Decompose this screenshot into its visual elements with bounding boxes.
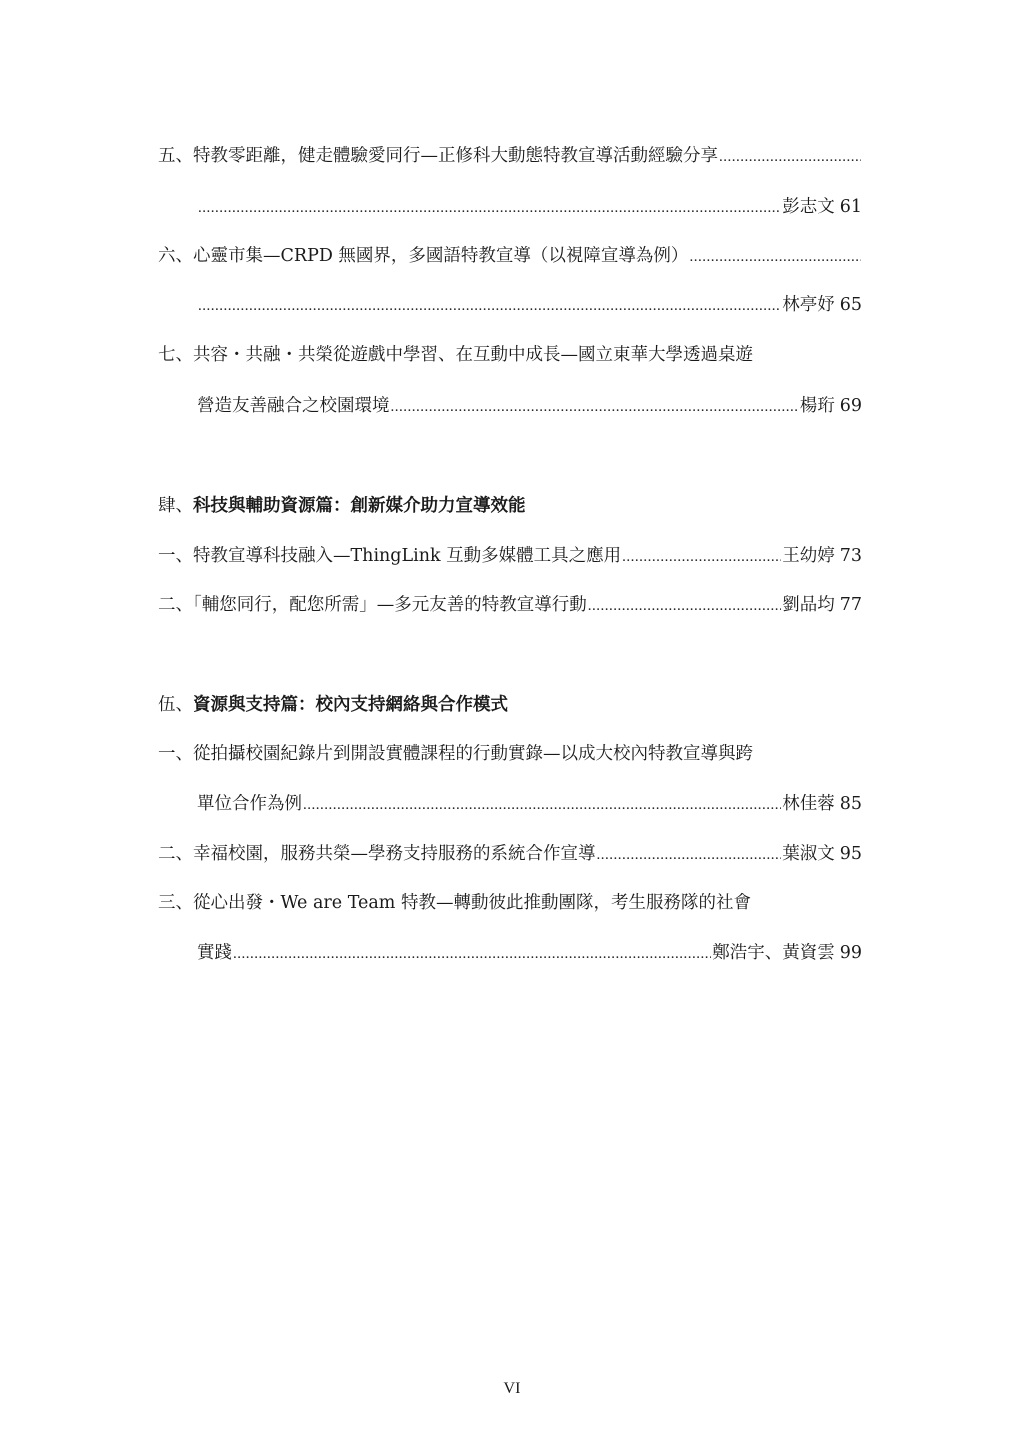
toc-entry-page: 95	[840, 841, 862, 867]
toc-entry-line: 營造友善融合之校園環境 楊珩 69	[197, 393, 862, 419]
dot-leader	[719, 144, 861, 170]
toc-entry-title: 六、心靈市集—CRPD 無國界，多國語特教宣導（以視障宣導為例）	[158, 243, 688, 269]
dot-leader	[588, 593, 781, 619]
toc-entry-title: 一、特教宣導科技融入—ThingLink 互動多媒體工具之應用	[158, 543, 621, 569]
section-title: 科技與輔助資源篇：創新媒介助力宣導效能	[193, 493, 526, 519]
toc-entry-title: 三、從心出發・We are Team 特教—轉動彼此推動團隊，考生服務隊的社會	[158, 890, 751, 916]
dot-leader	[689, 244, 861, 270]
toc-entry-page: 85	[840, 791, 862, 817]
toc-entry-page: 77	[840, 592, 862, 618]
toc-entry-line: 七、共容・共融・共榮從遊戲中學習、在互動中成長—國立東華大學透過桌遊	[158, 342, 862, 368]
toc-entry-line: 二、幸福校園，服務共榮—學務支持服務的系統合作宣導 葉淑文 95	[158, 841, 862, 867]
dot-leader	[303, 792, 781, 818]
toc-entry-title-cont: 單位合作為例	[197, 791, 302, 817]
toc-entry-page: 65	[840, 292, 862, 318]
toc-entry-page: 73	[840, 543, 862, 569]
toc-entry-author: 葉淑文	[782, 841, 835, 867]
toc-entry-page: 69	[840, 393, 862, 419]
dot-leader	[233, 941, 711, 967]
section-heading: 肆、 科技與輔助資源篇：創新媒介助力宣導效能	[158, 493, 862, 519]
section-heading: 伍、 資源與支持篇：校內支持網絡與合作模式	[158, 692, 862, 718]
dot-leader	[198, 293, 781, 319]
section-number: 肆、	[158, 493, 193, 519]
toc-entry-title: 七、共容・共融・共榮從遊戲中學習、在互動中成長—國立東華大學透過桌遊	[158, 342, 753, 368]
toc-entry-author: 鄭浩宇、黃資雲	[712, 940, 835, 966]
toc-page: 五、特教零距離，健走體驗愛同行—正修科大動態特教宣導活動經驗分享 彭志文 61 …	[0, 0, 1024, 1444]
toc-entry-title-cont: 營造友善融合之校園環境	[197, 393, 390, 419]
toc-entry-line: 彭志文 61	[197, 194, 862, 220]
toc-entry-page: 99	[840, 940, 862, 966]
toc-entry-author: 劉品均	[782, 592, 835, 618]
toc-entry-page: 61	[840, 194, 862, 220]
toc-entry-line: 一、特教宣導科技融入—ThingLink 互動多媒體工具之應用 王幼婷 73	[158, 543, 862, 569]
dot-leader	[391, 394, 799, 420]
section-title: 資源與支持篇：校內支持網絡與合作模式	[193, 692, 508, 718]
toc-entry-author: 林亭妤	[782, 292, 835, 318]
toc-entry-line: 單位合作為例 林佳蓉 85	[197, 791, 862, 817]
section-number: 伍、	[158, 692, 193, 718]
toc-entry-line: 一、從拍攝校園紀錄片到開設實體課程的行動實錄—以成大校內特教宣導與跨	[158, 741, 862, 767]
toc-entry-line: 五、特教零距離，健走體驗愛同行—正修科大動態特教宣導活動經驗分享	[158, 143, 862, 169]
toc-entry-line: 實踐 鄭浩宇、黃資雲 99	[197, 940, 862, 966]
toc-entry-title: 二、幸福校園，服務共榮—學務支持服務的系統合作宣導	[158, 841, 596, 867]
dot-leader	[597, 842, 782, 868]
toc-entry-line: 六、心靈市集—CRPD 無國界，多國語特教宣導（以視障宣導為例）	[158, 243, 862, 269]
toc-entry-line: 二、「輔您同行，配您所需」—多元友善的特教宣導行動 劉品均 77	[158, 592, 862, 618]
toc-entry-author: 林佳蓉	[782, 791, 835, 817]
toc-entry-author: 王幼婷	[782, 543, 835, 569]
toc-entry-author: 楊珩	[800, 393, 835, 419]
toc-entry-title: 一、從拍攝校園紀錄片到開設實體課程的行動實錄—以成大校內特教宣導與跨	[158, 741, 753, 767]
toc-entry-author: 彭志文	[782, 194, 835, 220]
toc-entry-line: 林亭妤 65	[197, 292, 862, 318]
toc-entry-title-cont: 實踐	[197, 940, 232, 966]
toc-entry-title: 二、「輔您同行，配您所需」—多元友善的特教宣導行動	[158, 592, 587, 618]
page-number: VI	[0, 1380, 1024, 1398]
toc-entry-title: 五、特教零距離，健走體驗愛同行—正修科大動態特教宣導活動經驗分享	[158, 143, 718, 169]
dot-leader	[622, 544, 781, 570]
dot-leader	[198, 195, 781, 221]
toc-entry-line: 三、從心出發・We are Team 特教—轉動彼此推動團隊，考生服務隊的社會	[158, 890, 862, 916]
